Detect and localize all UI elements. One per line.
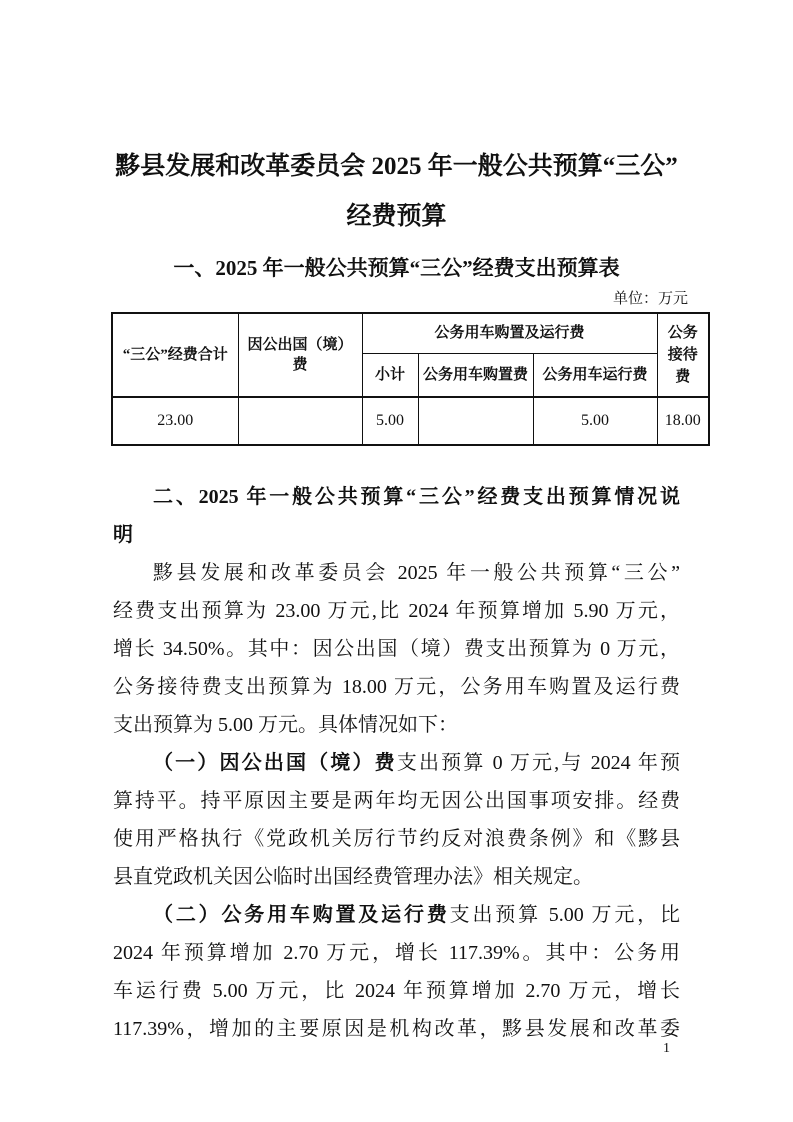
budget-table: “三公”经费合计 因公出国（境）费 公务用车购置及运行费 公务 接待费 小计 公… bbox=[111, 312, 710, 446]
paragraph-lead-rest: 支出预算 5.00 万元，比 bbox=[450, 904, 680, 926]
cell-vehicle-purchase-value bbox=[418, 397, 533, 445]
table-header-row-1: “三公”经费合计 因公出国（境）费 公务用车购置及运行费 公务 接待费 bbox=[112, 313, 709, 353]
cell-reception-value: 18.00 bbox=[657, 397, 709, 445]
header-cell-abroad: 因公出国（境）费 bbox=[238, 313, 362, 397]
paragraph-line: 县直党政机关因公临时出国经费管理办法》相关规定。 bbox=[113, 858, 680, 896]
paragraph-lead-bold: （一）因公出国（境）费 bbox=[153, 752, 397, 774]
paragraph-line: 117.39%，增加的主要原因是机构改革，黟县发展和改革委 bbox=[113, 1010, 680, 1048]
document-title: 黟县发展和改革委员会 2025 年一般公共预算“三公” 经费预算 bbox=[113, 0, 680, 242]
paragraph-line: （一）因公出国（境）费支出预算 0 万元,与 2024 年预 bbox=[113, 744, 680, 782]
paragraph-line: 增长 34.50%。其中：因公出国（境）费支出预算为 0 万元， bbox=[113, 630, 680, 668]
section2: 二、2025 年一般公共预算“三公”经费支出预算情况说 明 黟县发展和改革委员会… bbox=[113, 478, 680, 1048]
paragraph-line: （二）公务用车购置及运行费支出预算 5.00 万元，比 bbox=[113, 896, 680, 934]
cell-total-value: 23.00 bbox=[112, 397, 238, 445]
header-reception-line-2: 接待费 bbox=[661, 344, 706, 388]
header-cell-vehicle-group: 公务用车购置及运行费 bbox=[362, 313, 657, 353]
paragraph-line: 车运行费 5.00 万元，比 2024 年预算增加 2.70 万元，增长 bbox=[113, 972, 680, 1010]
unit-note: 单位：万元 bbox=[111, 288, 708, 310]
section1-heading: 一、2025 年一般公共预算“三公”经费支出预算表 bbox=[113, 254, 680, 282]
header-cell-reception: 公务 接待费 bbox=[657, 313, 709, 397]
header-reception-line-1: 公务 bbox=[661, 322, 706, 344]
budget-table-wrap: 单位：万元 “三公”经费合计 因公出国（境）费 公务用车购置及运行费 公务 接待… bbox=[111, 288, 708, 446]
paragraph-line: 经费支出预算为 23.00 万元,比 2024 年预算增加 5.90 万元， bbox=[113, 592, 680, 630]
section2-heading-line-1: 二、2025 年一般公共预算“三公”经费支出预算情况说 bbox=[113, 478, 680, 516]
section2-heading-line-2: 明 bbox=[113, 516, 680, 554]
page-number: 1 bbox=[663, 1040, 670, 1058]
paragraph-line: 使用严格执行《党政机关厉行节约反对浪费条例》和《黟县 bbox=[113, 820, 680, 858]
header-cell-subtotal: 小计 bbox=[362, 353, 418, 397]
title-line-2: 经费预算 bbox=[113, 192, 680, 242]
header-cell-operation: 公务用车运行费 bbox=[533, 353, 657, 397]
paragraph-line: 算持平。持平原因主要是两年均无因公出国事项安排。经费 bbox=[113, 782, 680, 820]
paragraph-lead-rest: 支出预算 0 万元,与 2024 年预 bbox=[397, 752, 680, 774]
title-line-1: 黟县发展和改革委员会 2025 年一般公共预算“三公” bbox=[113, 142, 680, 192]
paragraph-line: 2024 年预算增加 2.70 万元，增长 117.39%。其中：公务用 bbox=[113, 934, 680, 972]
header-cell-purchase: 公务用车购置费 bbox=[418, 353, 533, 397]
document-page: 黟县发展和改革委员会 2025 年一般公共预算“三公” 经费预算 一、2025 … bbox=[0, 0, 793, 1122]
header-cell-total: “三公”经费合计 bbox=[112, 313, 238, 397]
paragraph-line: 黟县发展和改革委员会 2025 年一般公共预算“三公” bbox=[113, 554, 680, 592]
cell-abroad-value bbox=[238, 397, 362, 445]
table-data-row: 23.00 5.00 5.00 18.00 bbox=[112, 397, 709, 445]
paragraph-lead-bold: （二）公务用车购置及运行费 bbox=[153, 904, 450, 926]
cell-vehicle-operation-value: 5.00 bbox=[533, 397, 657, 445]
paragraph-line: 支出预算为 5.00 万元。具体情况如下： bbox=[113, 706, 680, 744]
cell-vehicle-subtotal-value: 5.00 bbox=[362, 397, 418, 445]
paragraph-line: 公务接待费支出预算为 18.00 万元，公务用车购置及运行费 bbox=[113, 668, 680, 706]
